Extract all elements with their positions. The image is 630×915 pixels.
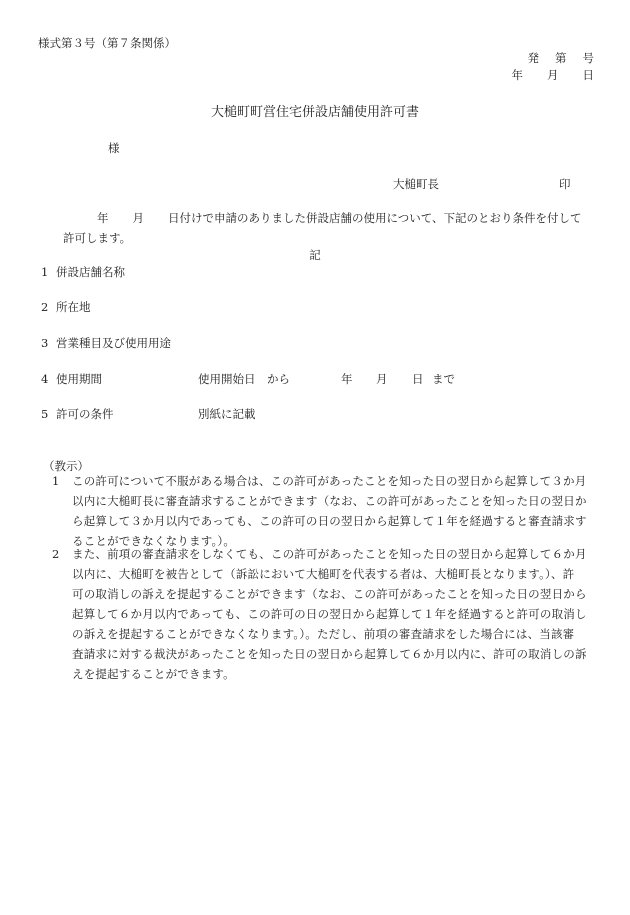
issue-date-day: 日	[583, 70, 595, 82]
document-page: 様式第３号（第７条関係） 発第号 年月日 大槌町町営住宅併設店舗使用許可書 様 …	[0, 0, 630, 915]
intro-line-1: 年月日付けで申請のありました併設店舗の使用について、下記のとおり条件を付して	[97, 213, 582, 225]
notice-line: この許可について不服がある場合は、この許可があったことを知った日の翌日から起算し…	[72, 471, 600, 491]
notice-line: また、前項の審査請求をしなくても、この許可があったことを知った日の翌日から起算し…	[72, 544, 600, 564]
usage-period-until: まで	[432, 374, 455, 386]
item-location: 2所在地	[41, 302, 91, 314]
issue-number-dai: 第	[555, 53, 567, 65]
notice-body: また、前項の審査請求をしなくても、この許可があったことを知った日の翌日から起算し…	[72, 544, 600, 684]
item-business-type: 3営業種目及び使用用途	[41, 338, 171, 350]
notice-line: ら起算して３か月以内であっても、この許可の日の翌日から起算して１年を経過すると審…	[72, 511, 600, 531]
usage-period-start: 使用開始日 から	[198, 374, 290, 386]
intro-month: 月	[133, 211, 145, 225]
notice-line: 可の取消しの訴えを提起することができます（なお、この許可があったことを知った日の…	[72, 584, 600, 604]
item-number: 1	[41, 267, 56, 279]
seal-mark: 印	[559, 179, 571, 191]
issuer-name: 大槌町長	[393, 179, 439, 191]
item-label: 所在地	[56, 300, 91, 314]
usage-period-year: 年	[341, 374, 353, 386]
notice-number: 2	[52, 544, 72, 564]
notice-body: この許可について不服がある場合は、この許可があったことを知った日の翌日から起算し…	[72, 471, 600, 551]
notice-entry-1: 1 この許可について不服がある場合は、この許可があったことを知った日の翌日から起…	[52, 471, 600, 551]
notice-line: 以内に大槌町長に審査請求することができます（なお、この許可があったことを知った日…	[72, 491, 600, 511]
recipient-suffix: 様	[108, 143, 120, 155]
intro-line-2: 許可します。	[63, 233, 131, 245]
usage-period-day: 日	[412, 374, 424, 386]
notice-line: 以内に、大槌町を被告として（訴訟において大槌町を代表する者は、大槌町長となります…	[72, 564, 600, 584]
item-number: 2	[41, 302, 56, 314]
usage-period-month: 月	[376, 374, 388, 386]
notice-line: 起算して６か月以内であっても、この許可の日の翌日から起算して１年を経過すると許可…	[72, 604, 600, 624]
item-usage-period: 4使用期間	[41, 374, 102, 386]
item-label: 併設店舗名称	[56, 265, 125, 279]
item-number: 4	[41, 374, 56, 386]
issue-number: 発第号	[528, 53, 595, 65]
form-label: 様式第３号（第７条関係）	[38, 38, 176, 50]
notice-entry-2: 2 また、前項の審査請求をしなくても、この許可があったことを知った日の翌日から起…	[52, 544, 600, 684]
issue-date-month: 月	[547, 70, 559, 82]
intro-text: 日付けで申請のありました併設店舗の使用について、下記のとおり条件を付して	[168, 211, 582, 225]
item-conditions: 5許可の条件	[41, 409, 114, 421]
document-title: 大槌町町営住宅併設店舗使用許可書	[0, 106, 630, 119]
conditions-value: 別紙に記載	[198, 409, 256, 421]
item-number: 5	[41, 409, 56, 421]
item-shop-name: 1併設店舗名称	[41, 267, 125, 279]
item-label: 営業種目及び使用用途	[56, 336, 171, 350]
intro-year: 年	[97, 211, 109, 225]
issue-number-go: 号	[583, 53, 595, 65]
item-label: 許可の条件	[56, 407, 114, 421]
notice-line: えを提起することができます。	[72, 664, 600, 684]
notice-number: 1	[52, 471, 72, 491]
issue-date-year: 年	[512, 70, 524, 82]
notice-line: 査請求に対する裁決があったことを知った日の翌日から起算して６か月以内に、許可の取…	[72, 644, 600, 664]
issue-number-hatsu: 発	[528, 53, 540, 65]
item-label: 使用期間	[56, 372, 102, 386]
ki-heading: 記	[0, 250, 630, 262]
notice-line: の訴えを提起することができなくなります。）。ただし、前項の審査請求をした場合には…	[72, 624, 600, 644]
issue-date: 年月日	[512, 70, 595, 82]
item-number: 3	[41, 338, 56, 350]
